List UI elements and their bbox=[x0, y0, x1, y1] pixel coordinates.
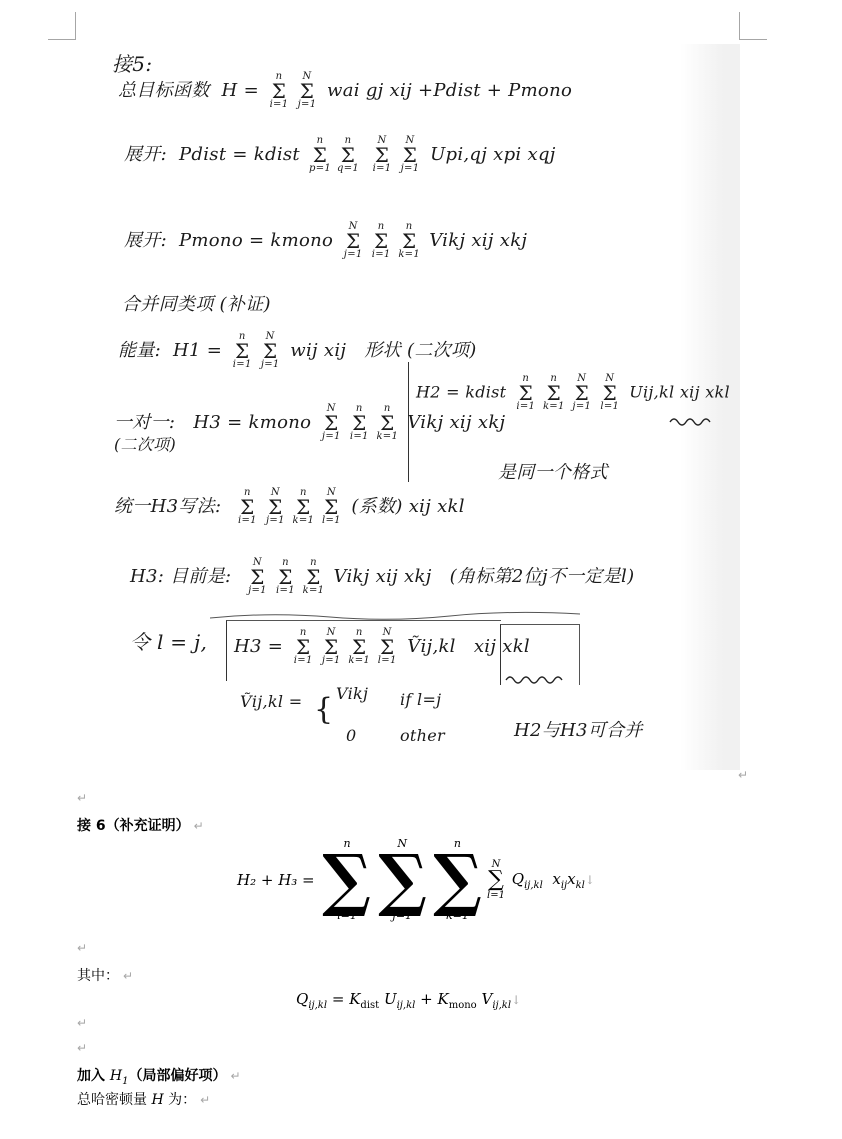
hw-case2-value: 0 bbox=[346, 726, 356, 745]
section-6-heading-text: 接 6（补充证明） bbox=[77, 818, 190, 834]
paragraph-mark: ↵ bbox=[200, 1093, 210, 1107]
hw-h3-lhs: H3 = kmono bbox=[193, 412, 311, 433]
sigma-icon: nΣk=1 bbox=[376, 404, 398, 442]
sigma-icon: NΣj=1 bbox=[246, 558, 268, 596]
page-corner-mark-top-right bbox=[739, 12, 767, 40]
eq1-lhs: H₂ + H₃ = bbox=[237, 871, 315, 889]
eq1-term: Qij,kl xijxkl↓ bbox=[512, 870, 595, 888]
sigma-icon: NΣi=1 bbox=[371, 136, 393, 174]
hw-objective-rest: +Pdist + Pmono bbox=[418, 80, 572, 101]
sigma-icon: nΣi=1 bbox=[274, 558, 296, 596]
hw-same-format-note: 是同一个格式 bbox=[498, 458, 608, 484]
hw-let-term: xij xkl bbox=[474, 636, 530, 657]
section-6-heading: 接 6（补充证明）↵ bbox=[77, 815, 204, 835]
hw-h3-sublabel: (二次项) bbox=[114, 432, 176, 455]
hw-current-term: Vikj xij xkj bbox=[333, 566, 431, 587]
handwritten-notes-image[interactable]: 接5: 总目标函数 H = nΣi=1NΣj=1 wai gj xij +Pdi… bbox=[100, 44, 740, 770]
hw-h2-term: Uij,kl xij xkl bbox=[629, 383, 730, 402]
sigma-icon: nΣq=1 bbox=[337, 136, 359, 174]
sum-symbol-icon: N∑l=1 bbox=[487, 859, 505, 901]
hw-let-formula: H3 = nΣi=1NΣj=1nΣk=1NΣl=1 Ṽij,kl xij xkl bbox=[234, 628, 530, 666]
sigma-icon: nΣk=1 bbox=[348, 628, 370, 666]
sum-symbol-icon: n∑i=1 bbox=[321, 838, 372, 922]
hw-objective-lhs: H = bbox=[222, 80, 259, 101]
hw-energy-label: 能量: bbox=[118, 340, 161, 361]
hw-h3-term: Vikj xij xkj bbox=[407, 412, 505, 433]
sigma-icon: nΣk=1 bbox=[292, 488, 314, 526]
sigma-icon: NΣj=1 bbox=[399, 136, 421, 174]
sigma-icon: nΣi=1 bbox=[370, 222, 392, 260]
sigma-icon: nΣk=1 bbox=[302, 558, 324, 596]
sigma-icon: NΣj=1 bbox=[320, 628, 342, 666]
hw-expand-dist-lhs: Pdist = kdist bbox=[179, 144, 300, 165]
sigma-icon: NΣj=1 bbox=[571, 374, 593, 412]
total-hamiltonian-line: 总哈密顿量 H 为：↵ bbox=[77, 1089, 210, 1109]
hw-expand-dist-line: 展开: Pdist = kdist nΣp=1nΣq=1 NΣi=1NΣj=1 … bbox=[124, 136, 556, 174]
paragraph-mark: ↵ bbox=[77, 1016, 87, 1030]
paragraph-mark: ↵ bbox=[230, 1069, 240, 1083]
sigma-icon: NΣj=1 bbox=[259, 332, 281, 370]
sigma-icon: NΣl=1 bbox=[376, 628, 398, 666]
hw-expand-label: 展开: bbox=[124, 144, 167, 165]
sigma-icon: nΣi=1 bbox=[236, 488, 258, 526]
sigma-icon: nΣp=1 bbox=[309, 136, 331, 174]
hw-conclusion: H2与H3可合并 bbox=[514, 716, 643, 742]
hw-expand-dist-term: Upi,qj xpi xqj bbox=[430, 144, 556, 165]
sigma-icon: NΣl=1 bbox=[320, 488, 342, 526]
paragraph-mark: ↵ bbox=[194, 819, 204, 833]
sigma-icon: nΣk=1 bbox=[398, 222, 420, 260]
hw-let-lhs: H3 = bbox=[234, 636, 283, 657]
sigma-icon: nΣi=1 bbox=[348, 404, 370, 442]
sigma-icon: NΣj=1 bbox=[342, 222, 364, 260]
hw-case2-condition: other bbox=[400, 726, 445, 745]
sum-symbol-icon: N∑j=1 bbox=[377, 838, 428, 922]
hw-objective-term: wai gj xij bbox=[327, 80, 412, 101]
hw-current-label: H3: 目前是: bbox=[130, 566, 231, 587]
where-label-text: 其中： bbox=[77, 968, 119, 984]
hw-expand-label: 展开: bbox=[124, 230, 167, 251]
hw-underline-squiggle bbox=[504, 674, 574, 686]
paragraph-mark: ↵ bbox=[77, 941, 87, 955]
hw-energy-term: wij xij bbox=[290, 340, 346, 361]
hw-current-line: H3: 目前是: NΣj=1nΣi=1nΣk=1 Vikj xij xkj (角… bbox=[130, 558, 634, 596]
sigma-icon: nΣi=1 bbox=[231, 332, 253, 370]
hw-unify-line: 统一H3写法: nΣi=1NΣj=1nΣk=1NΣl=1 (系数) xij xk… bbox=[114, 488, 465, 526]
paragraph-mark: ↵ bbox=[738, 768, 748, 782]
hw-objective-label: 总目标函数 bbox=[118, 80, 210, 101]
hw-let-label: 令 l = j, bbox=[130, 626, 207, 655]
line-break-mark: ↓ bbox=[585, 873, 595, 887]
hw-energy-lhs: H1 = bbox=[173, 340, 222, 361]
equation-h2-h3: H₂ + H₃ = n∑i=1N∑j=1n∑k=1N∑l=1 Qij,kl xi… bbox=[237, 838, 595, 922]
hw-expand-mono-line: 展开: Pmono = kmono NΣj=1nΣi=1nΣk=1 Vikj x… bbox=[124, 222, 527, 260]
paragraph-mark: ↵ bbox=[77, 791, 87, 805]
hw-expand-mono-term: Vikj xij xkj bbox=[429, 230, 527, 251]
hw-expand-mono-lhs: Pmono = kmono bbox=[179, 230, 333, 251]
sigma-icon: NΣl=1 bbox=[599, 374, 621, 412]
hw-objective-line: 总目标函数 H = nΣi=1NΣj=1 wai gj xij +Pdist +… bbox=[118, 72, 572, 110]
hw-underline-squiggle bbox=[668, 416, 718, 428]
sigma-icon: nΣk=1 bbox=[543, 374, 565, 412]
section-h1-heading: 加入 H1（局部偏好项）↵ bbox=[77, 1065, 241, 1087]
hw-h2-lhs: H2 = kdist bbox=[416, 383, 506, 402]
sigma-icon: nΣi=1 bbox=[268, 72, 290, 110]
equation-q-definition: Qij,kl = Kdist Uij,kl + Kmono Vij,kl↓ bbox=[296, 990, 521, 1011]
hw-merge-heading: 合并同类项 (补证) bbox=[122, 290, 271, 316]
brace-icon: { bbox=[314, 692, 333, 727]
hw-energy-line: 能量: H1 = nΣi=1NΣj=1 wij xij 形状 (二次项) bbox=[118, 332, 477, 370]
sigma-icon: NΣj=1 bbox=[320, 404, 342, 442]
sum-symbol-icon: n∑k=1 bbox=[432, 838, 483, 922]
sigma-icon: NΣj=1 bbox=[296, 72, 318, 110]
hw-current-note: (角标第2位j不一定是l) bbox=[450, 566, 635, 587]
page-corner-mark-top-left bbox=[48, 12, 76, 40]
sigma-icon: NΣj=1 bbox=[264, 488, 286, 526]
hw-case1-value: Vikj bbox=[336, 684, 368, 703]
line-break-mark: ↓ bbox=[511, 993, 521, 1007]
hw-unify-term: xij xkl bbox=[409, 496, 465, 517]
hw-let-coef: Ṽij,kl bbox=[407, 636, 456, 657]
hw-case1-condition: if l=j bbox=[400, 690, 441, 709]
hw-piecewise-lhs: Ṽij,kl = bbox=[240, 692, 302, 711]
hw-energy-note: 形状 (二次项) bbox=[364, 340, 476, 361]
hw-unify-coef: (系数) bbox=[351, 496, 402, 517]
hw-unify-label: 统一H3写法: bbox=[114, 496, 221, 517]
sigma-icon: nΣi=1 bbox=[515, 374, 537, 412]
where-label: 其中：↵ bbox=[77, 965, 133, 985]
paragraph-mark: ↵ bbox=[123, 969, 133, 983]
sigma-icon: nΣi=1 bbox=[292, 628, 314, 666]
hw-h3-label: 一对一: bbox=[114, 412, 175, 433]
paragraph-mark: ↵ bbox=[77, 1041, 87, 1055]
